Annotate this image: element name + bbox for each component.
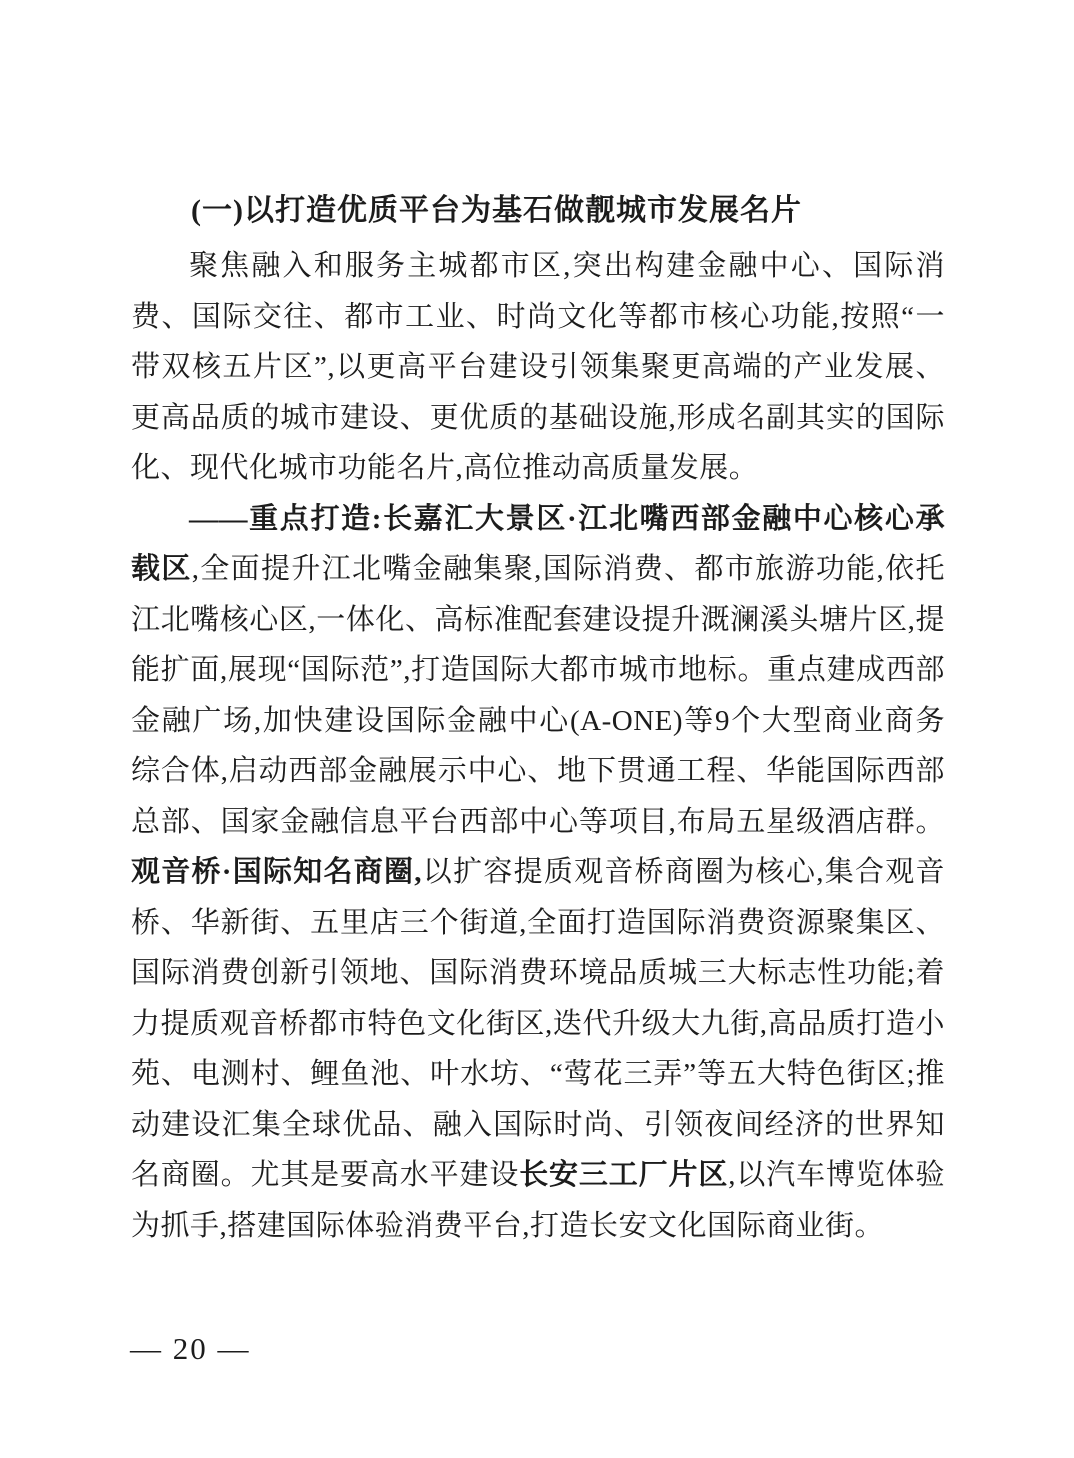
emphasis-text-run: 长安三工厂片区 <box>519 1159 728 1191</box>
document-content: (一)以打造优质平台为基石做靓城市发展名片 聚焦融入和服务主城都市区,突出构建金… <box>131 186 945 1251</box>
text-run: ,全面提升江北嘴金融集聚,国际消费、都市旅游功能,依托江北嘴核心区,一体化、高标… <box>131 553 945 838</box>
text-run: 以扩容提质观音桥商圈为核心,集合观音桥、华新街、五里店三个街道,全面打造国际消费… <box>131 856 945 1191</box>
text-run: 聚焦融入和服务主城都市区,突出构建金融中心、国际消费、国际交往、都市工业、时尚文… <box>131 250 945 484</box>
document-body: 聚焦融入和服务主城都市区,突出构建金融中心、国际消费、国际交往、都市工业、时尚文… <box>131 241 945 1251</box>
paragraph: 聚焦融入和服务主城都市区,突出构建金融中心、国际消费、国际交往、都市工业、时尚文… <box>131 241 945 494</box>
paragraph: ——重点打造:长嘉汇大景区·江北嘴西部金融中心核心承载区,全面提升江北嘴金融集聚… <box>131 494 945 1252</box>
section-heading: (一)以打造优质平台为基石做靓城市发展名片 <box>131 186 945 236</box>
emphasis-text-run: 观音桥·国际知名商圈, <box>131 856 422 888</box>
page-number: — 20 — <box>130 1332 251 1366</box>
document-page: (一)以打造优质平台为基石做靓城市发展名片 聚焦融入和服务主城都市区,突出构建金… <box>0 0 1074 1458</box>
